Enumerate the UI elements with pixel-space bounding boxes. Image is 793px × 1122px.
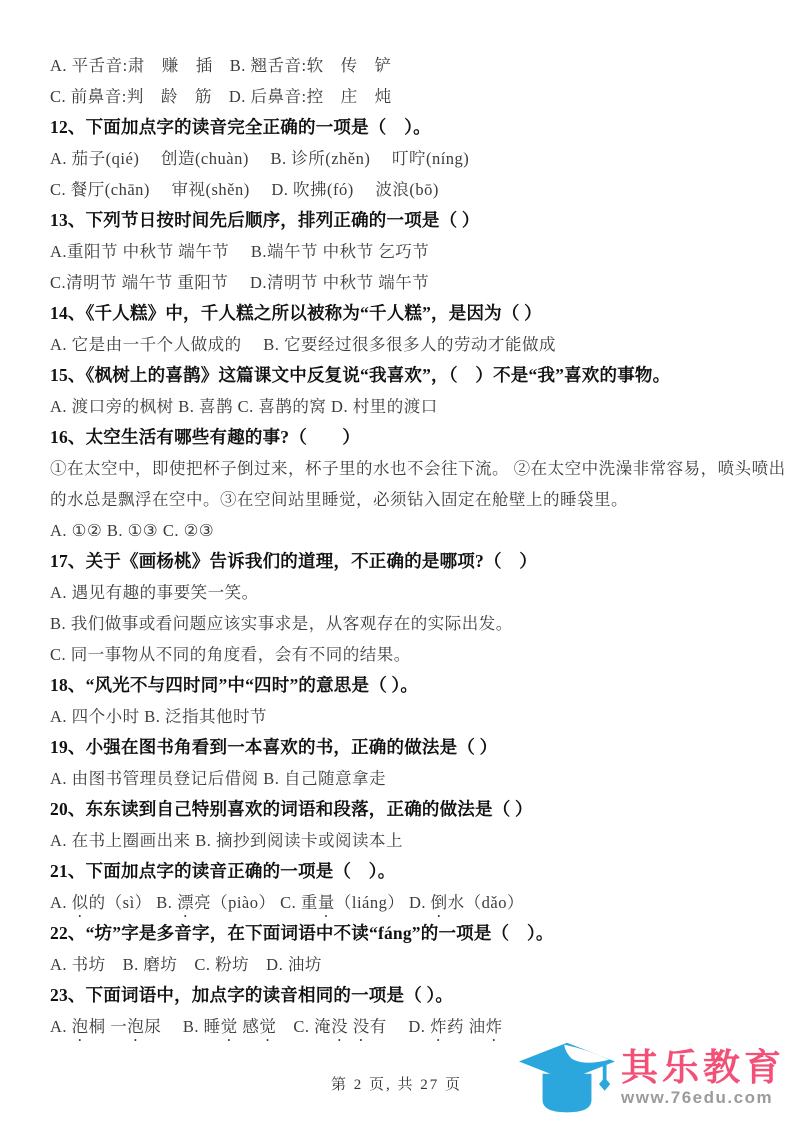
question-header: 14、《千人糕》中，千人糕之所以被称为“千人糕”，是因为（ ） — [50, 298, 793, 329]
question-line: C. 前鼻音:判 龄 筋 D. 后鼻音:控 庄 炖 — [50, 81, 793, 112]
emphasized-char: 没 — [331, 1017, 348, 1036]
question-header: 15、《枫树上的喜鹊》这篇课文中反复说“我喜欢”，（ ）不是“我”喜欢的事物。 — [50, 360, 793, 391]
question-line: A. 书坊 B. 磨坊 C. 粉坊 D. 油坊 — [50, 949, 793, 980]
graduation-cap-icon — [515, 1038, 619, 1118]
question-header: 23、下面词语中，加点字的读音相同的一项是（ ）。 — [50, 980, 793, 1011]
question-line: C.清明节 端午节 重阳节 D.清明节 中秋节 端午节 — [50, 267, 793, 298]
emphasized-char: 没 — [353, 1017, 370, 1036]
question-line: A. 渡口旁的枫树 B. 喜鹊 C. 喜鹊的窝 D. 村里的渡口 — [50, 391, 793, 422]
question-line: 的水总是飘浮在空中。③在空间站里睡觉，必须钻入固定在舱壁上的睡袋里。 — [50, 484, 793, 515]
question-line: A. 平舌音:肃 赚 插 B. 翘舌音:软 传 铲 — [50, 50, 793, 81]
question-header: 20、东东读到自己特别喜欢的词语和段落，正确的做法是（ ） — [50, 794, 793, 825]
question-line: ①在太空中，即使把杯子倒过来，杯子里的水也不会往下流。 ②在太空中洗澡非常容易，… — [50, 453, 793, 484]
question-header: 18、“风光不与四时同”中“四时”的意思是（ ）。 — [50, 670, 793, 701]
emphasized-char: 觉 — [259, 1017, 276, 1036]
question-header: 16、太空生活有哪些有趣的事?（ ） — [50, 422, 793, 453]
question-line: B. 我们做事或看问题应该实事求是，从客观存在的实际出发。 — [50, 608, 793, 639]
exam-page: A. 平舌音:肃 赚 插 B. 翘舌音:软 传 铲C. 前鼻音:判 龄 筋 D.… — [0, 0, 793, 1122]
question-header: 22、“坊”字是多音字，在下面词语中不读“fáng”的一项是（ ）。 — [50, 918, 793, 949]
emphasized-char: 炸 — [430, 1017, 447, 1036]
emphasized-char: 泡 — [127, 1017, 144, 1036]
emphasized-char: 泡 — [72, 1017, 89, 1036]
emphasized-char: 觉 — [221, 1017, 238, 1036]
question-line: A. 茄子(qié) 创造(chuàn) B. 诊所(zhěn) 叮咛(níng… — [50, 143, 793, 174]
question-line: A. 它是由一千个人做成的 B. 它要经过很多很多人的劳动才能做成 — [50, 329, 793, 360]
brand-text-block: 其乐教育 www.76edu.com — [621, 1048, 785, 1108]
brand-website: www.76edu.com — [621, 1088, 773, 1108]
question-line: C. 餐厅(chān) 审视(shěn) D. 吹拂(fó) 波浪(bō) — [50, 174, 793, 205]
question-header: 21、下面加点字的读音正确的一项是（ ）。 — [50, 856, 793, 887]
question-header: 12、下面加点字的读音完全正确的一项是（ ）。 — [50, 112, 793, 143]
question-line: C. 同一事物从不同的角度看，会有不同的结果。 — [50, 639, 793, 670]
question-header: 17、关于《画杨桃》告诉我们的道理，不正确的是哪项?（ ） — [50, 546, 793, 577]
question-line: A. 四个小时 B. 泛指其他时节 — [50, 701, 793, 732]
emphasized-char: 漂 — [177, 893, 194, 912]
question-line: A.重阳节 中秋节 端午节 B.端午节 中秋节 乞巧节 — [50, 236, 793, 267]
emphasized-char: 量 — [318, 893, 335, 912]
emphasized-char: 似 — [72, 893, 89, 912]
question-header: 19、小强在图书角看到一本喜欢的书，正确的做法是（ ） — [50, 732, 793, 763]
question-line: A. 似的（sì） B. 漂亮（piào） C. 重量（liáng） D. 倒水… — [50, 887, 793, 918]
emphasized-char: 倒 — [431, 893, 448, 912]
question-line: A. 在书上圈画出来 B. 摘抄到阅读卡或阅读本上 — [50, 825, 793, 856]
question-header: 13、下列节日按时间先后顺序，排列正确的一项是（ ） — [50, 205, 793, 236]
question-line: A. 由图书管理员登记后借阅 B. 自己随意拿走 — [50, 763, 793, 794]
brand-logo: 其乐教育 www.76edu.com — [515, 1038, 785, 1118]
question-list: A. 平舌音:肃 赚 插 B. 翘舌音:软 传 铲C. 前鼻音:判 龄 筋 D.… — [0, 0, 793, 1042]
emphasized-char: 炸 — [486, 1017, 503, 1036]
brand-name: 其乐教育 — [621, 1048, 785, 1088]
question-line: A. ①② B. ①③ C. ②③ — [50, 515, 793, 546]
question-line: A. 遇见有趣的事要笑一笑。 — [50, 577, 793, 608]
